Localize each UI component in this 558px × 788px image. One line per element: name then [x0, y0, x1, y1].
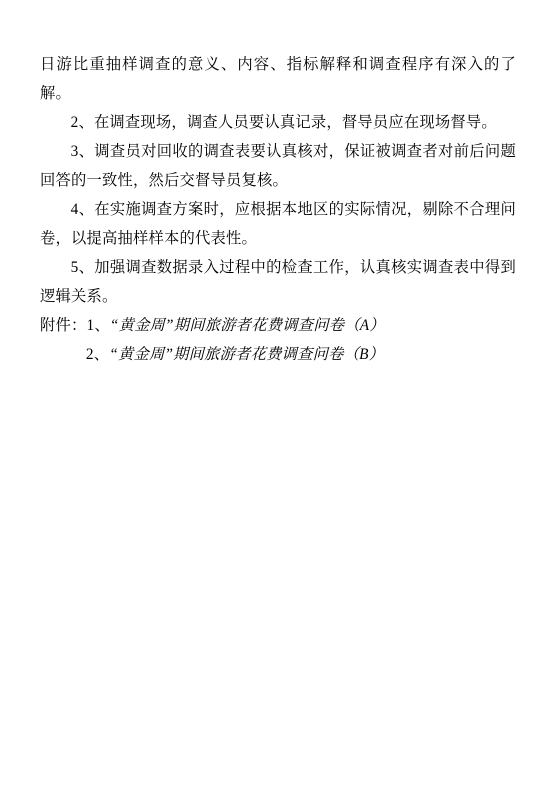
paragraph-continuation: 日游比重抽样调查的意义、内容、指标解释和调查程序有深入的了解。	[40, 50, 516, 108]
paragraph-item-3: 3、调查员对回收的调查表要认真核对，保证被调查者对前后问题回答的一致性，然后交督…	[40, 137, 516, 195]
attachment-label: 附件：	[40, 317, 87, 334]
attachment-title-a: “黄金周”期间旅游者花费调查问卷（A）	[110, 317, 385, 334]
attachment-number-2: 2、	[86, 346, 109, 363]
paragraph-item-2: 2、在调查现场，调查人员要认真记录，督导员应在现场督导。	[40, 108, 516, 137]
document-page: 日游比重抽样调查的意义、内容、指标解释和调查程序有深入的了解。 2、在调查现场，…	[0, 0, 558, 788]
attachment-title-b: “黄金周”期间旅游者花费调查问卷（B）	[109, 346, 384, 363]
paragraph-item-5: 5、加强调查数据录入过程中的检查工作，认真核实调查表中得到逻辑关系。	[40, 253, 516, 311]
attachment-line-2: 2、“黄金周”期间旅游者花费调查问卷（B）	[40, 340, 516, 369]
attachment-line-1: 附件：1、“黄金周”期间旅游者花费调查问卷（A）	[40, 311, 516, 340]
paragraph-item-4: 4、在实施调查方案时，应根据本地区的实际情况，剔除不合理问卷，以提高抽样样本的代…	[40, 195, 516, 253]
attachment-number-1: 1、	[87, 317, 110, 334]
